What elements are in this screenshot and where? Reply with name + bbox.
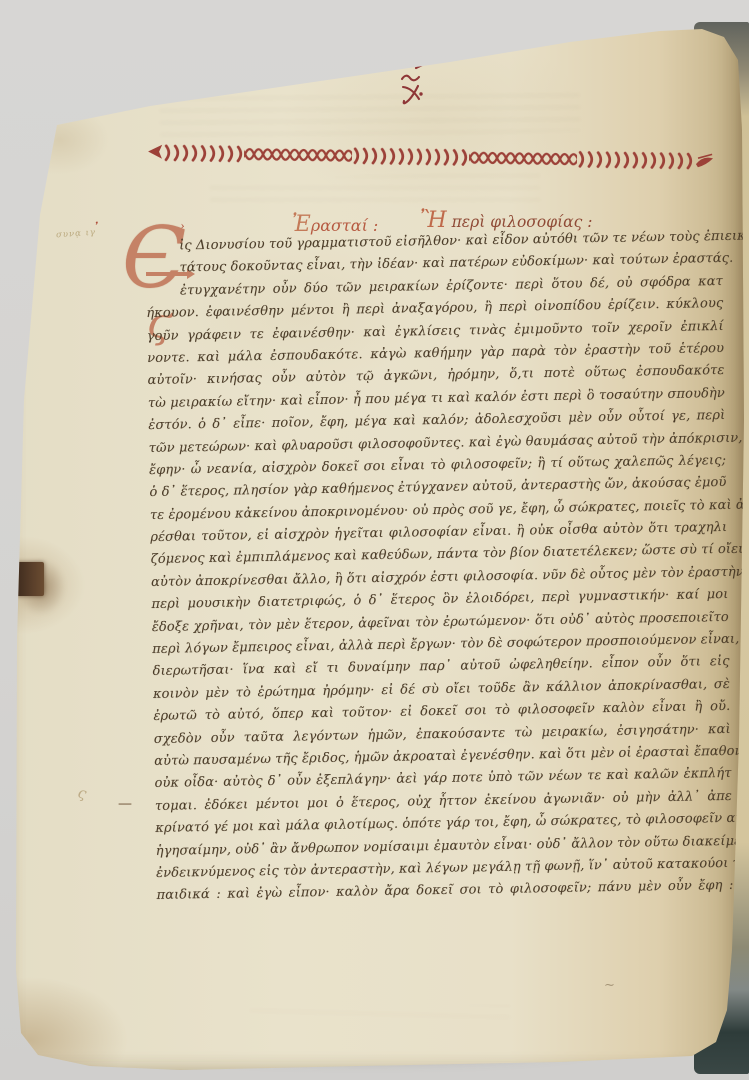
scanned-manuscript-view: συνᾳ ιγ ᾿ › Ἐρασταί : Ἢ περὶ φιλοσοφίας …: [0, 0, 749, 1080]
headband-ornament-icon: [146, 141, 716, 178]
text-block: ἰς Διονυσίου τοῦ γραμματιστοῦ εἰσῆλθον· …: [145, 226, 734, 908]
binding-tab: [15, 562, 44, 596]
invocation-cross-icon: [396, 64, 430, 114]
rubric-apostrophe-mark: ᾿: [92, 220, 100, 238]
marginal-gloss: συνᾳ ιγ: [56, 228, 97, 241]
margin-tilde-mark: ∼: [604, 978, 615, 993]
ink-showthrough: [210, 172, 541, 211]
margin-squiggle-mark: ς: [76, 783, 89, 802]
ink-showthrough: [250, 1005, 510, 1021]
manicule-left-icon: [148, 145, 162, 159]
manuscript-page: συνᾳ ιγ ᾿ › Ἐρασταί : Ἢ περὶ φιλοσοφίας …: [0, 0, 749, 1080]
margin-dash-mark: —: [118, 796, 132, 812]
ink-showthrough: [159, 85, 580, 146]
title-initial: Ἢ: [420, 208, 447, 233]
